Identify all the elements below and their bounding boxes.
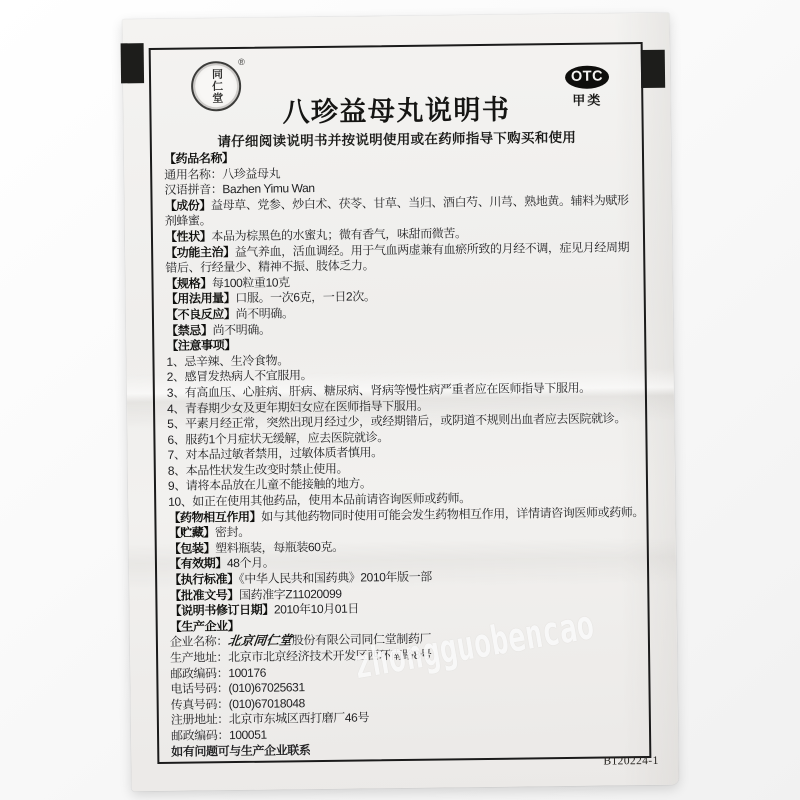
- line-text: 汉语拼音：Bazhen Yimu Wan: [164, 181, 314, 197]
- section-label: 【规格】: [165, 276, 212, 291]
- line-text: 剂蜂蜜。: [165, 214, 212, 229]
- section-label: 【药品名称】: [164, 151, 234, 166]
- section-label: 【执行标准】: [169, 572, 239, 587]
- brand-calligraphy-text: 北京同仁堂: [227, 634, 293, 650]
- section-label: 【批准文号】: [169, 588, 239, 603]
- line-text: 6、服药1个月症状无缓解，应去医院就诊。: [167, 430, 389, 447]
- line-text: 国药准字Z11020099: [239, 586, 342, 601]
- line-text: 塑料瓶装，每瓶装60克。: [215, 540, 344, 556]
- section-label: 【用法用量】: [166, 291, 236, 306]
- section-label: 【包装】: [169, 541, 216, 556]
- section-label: 【功能主治】: [165, 245, 235, 260]
- line-text: 尚不明确。: [235, 306, 293, 321]
- line-text: 通用名称：八珍益母丸: [164, 166, 280, 181]
- section-label: 【有效期】: [169, 557, 227, 572]
- line-text: 2、感冒发热病人不宜服用。: [167, 368, 313, 384]
- photo-background: 同仁堂 ® OTC 甲类 八珍益母丸说明书 请仔细阅读说明书并按说明使用或在药师…: [0, 0, 800, 800]
- line-text: 邮政编码：100051: [171, 728, 267, 743]
- print-mark-left: [121, 43, 144, 83]
- line-text: 口服。一次6克，一日2次。: [235, 290, 375, 306]
- section-label: 【成份】: [164, 198, 211, 213]
- line-text: 生产地址：北京市北京经济技术开发区西环南路8号: [170, 648, 432, 665]
- line-text: 每100粒重10克: [212, 275, 290, 290]
- leaflet-border-frame: 同仁堂 ® OTC 甲类 八珍益母丸说明书 请仔细阅读说明书并按说明使用或在药师…: [149, 42, 652, 764]
- leaflet-paper: 同仁堂 ® OTC 甲类 八珍益母丸说明书 请仔细阅读说明书并按说明使用或在药师…: [122, 13, 678, 792]
- section-label: 【生产企业】: [170, 619, 240, 634]
- registered-trademark-icon: ®: [238, 57, 245, 67]
- line-text: 尚不明确。: [212, 322, 270, 337]
- line-text: 错后、行经量少、精神不振、肢体乏力。: [165, 258, 374, 275]
- line-text: 邮政编码：100176: [170, 665, 266, 680]
- batch-code: B120224-1: [603, 755, 659, 768]
- line-text: 电话号码：(010)67025631: [170, 680, 304, 696]
- line-text: 8、本品性状发生改变时禁止使用。: [168, 462, 348, 478]
- page-title: 八珍益母丸说明书: [151, 86, 641, 131]
- line-text: 7、对本品过敏者禁用，过敏体质者慎用。: [168, 446, 383, 463]
- print-mark-right: [641, 50, 665, 88]
- line-text: 股份有限公司同仁堂制药厂: [292, 632, 431, 648]
- otc-label: OTC: [565, 65, 609, 89]
- line-text: 《中华人民共和国药典》2010年版一部: [239, 570, 432, 586]
- section-label: 【不良反应】: [166, 307, 236, 322]
- line-text: 48个月。: [227, 556, 275, 571]
- line-text: 1、忌辛辣、生冷食物。: [166, 353, 288, 368]
- line-text: 4、青春期少女及更年期妇女应在医师指导下服用。: [167, 398, 429, 415]
- line-text: 2010年10月01日: [274, 602, 359, 617]
- line-text: 企业名称：: [170, 635, 228, 650]
- line-text: 如有问题可与生产企业联系: [171, 743, 310, 759]
- section-label: 【注意事项】: [166, 338, 236, 353]
- section-label: 【贮藏】: [168, 526, 215, 541]
- leaflet-body: 【药品名称】通用名称：八珍益母丸汉语拼音：Bazhen Yimu Wan【成份】…: [164, 146, 645, 760]
- section-label: 【药物相互作用】: [168, 509, 261, 524]
- section-label: 【说明书修订日期】: [169, 603, 274, 618]
- line-text: 传真号码：(010)67018048: [171, 696, 305, 712]
- line-text: 10、如正在使用其他药品，使用本品前请咨询医师或药师。: [168, 491, 471, 509]
- section-label: 【禁忌】: [166, 323, 213, 338]
- line-text: 注册地址：北京市东城区西打磨厂46号: [171, 711, 369, 727]
- line-text: 密封。: [215, 525, 250, 539]
- section-label: 【性状】: [165, 229, 212, 244]
- line-text: 9、请将本品放在儿童不能接触的地方。: [168, 477, 372, 493]
- line-text: 本品为棕黑色的水蜜丸；微有香气，味甜而微苦。: [211, 226, 466, 243]
